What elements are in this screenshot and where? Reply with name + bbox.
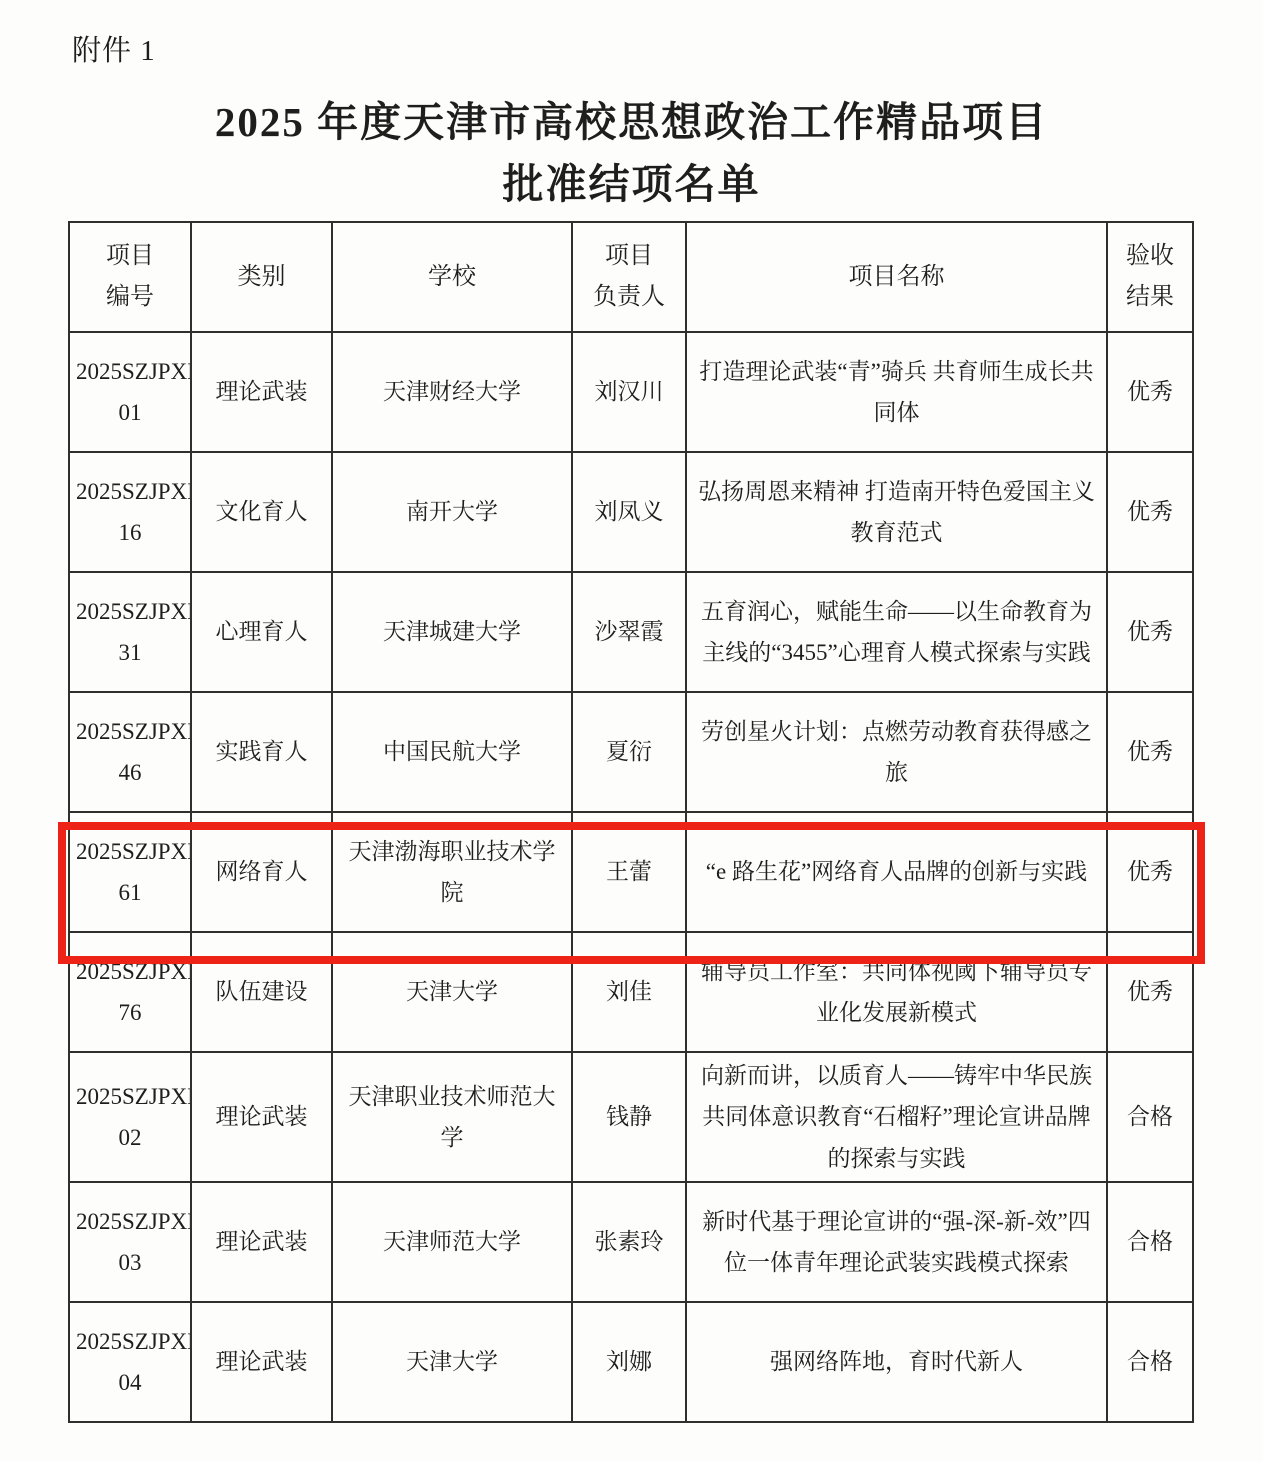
cell-leader: 沙翠霞 <box>572 572 686 692</box>
cell-project-name: 打造理论武装“青”骑兵 共育师生成长共同体 <box>686 332 1107 452</box>
cell-school: 天津城建大学 <box>332 572 572 692</box>
cell-category: 网络育人 <box>191 812 332 932</box>
cell-leader: 夏衍 <box>572 692 686 812</box>
cell-project-id: 2025SZJPXM 03 <box>69 1182 191 1302</box>
cell-project-name: 向新而讲，以质育人——铸牢中华民族共同体意识教育“石榴籽”理论宣讲品牌的探索与实… <box>686 1052 1107 1182</box>
cell-school: 天津职业技术师范大学 <box>332 1052 572 1182</box>
table-row: 2025SZJPXM 31 心理育人 天津城建大学 沙翠霞 五育润心，赋能生命—… <box>69 572 1193 692</box>
cell-school: 南开大学 <box>332 452 572 572</box>
cell-school: 天津财经大学 <box>332 332 572 452</box>
cell-leader: 刘佳 <box>572 932 686 1052</box>
cell-category: 心理育人 <box>191 572 332 692</box>
cell-result: 合格 <box>1107 1302 1193 1422</box>
cell-result: 合格 <box>1107 1182 1193 1302</box>
cell-project-name: 劳创星火计划：点燃劳动教育获得感之旅 <box>686 692 1107 812</box>
table-row: 2025SZJPXM 02 理论武装 天津职业技术师范大学 钱静 向新而讲，以质… <box>69 1052 1193 1182</box>
cell-result: 优秀 <box>1107 572 1193 692</box>
cell-category: 实践育人 <box>191 692 332 812</box>
cell-leader: 张素玲 <box>572 1182 686 1302</box>
cell-project-name: 强网络阵地，育时代新人 <box>686 1302 1107 1422</box>
cell-project-id: 2025SZJPXM 04 <box>69 1302 191 1422</box>
cell-category: 理论武装 <box>191 1052 332 1182</box>
cell-project-id: 2025SZJPXM 02 <box>69 1052 191 1182</box>
cell-project-id: 2025SZJPXM 16 <box>69 452 191 572</box>
cell-project-id: 2025SZJPXM 61 <box>69 812 191 932</box>
table-row: 2025SZJPXM 46 实践育人 中国民航大学 夏衍 劳创星火计划：点燃劳动… <box>69 692 1193 812</box>
cell-leader: 王蕾 <box>572 812 686 932</box>
cell-project-name: 辅导员工作室：共同体视阈下辅导员专业化发展新模式 <box>686 932 1107 1052</box>
cell-leader: 刘凤义 <box>572 452 686 572</box>
cell-school: 天津大学 <box>332 932 572 1052</box>
table-row: 2025SZJPXM 03 理论武装 天津师范大学 张素玲 新时代基于理论宣讲的… <box>69 1182 1193 1302</box>
cell-project-id: 2025SZJPXM 31 <box>69 572 191 692</box>
cell-result: 优秀 <box>1107 812 1193 932</box>
cell-school: 中国民航大学 <box>332 692 572 812</box>
document-title-line2: 批准结项名单 <box>0 154 1263 216</box>
cell-school: 天津大学 <box>332 1302 572 1422</box>
project-results-table: 项目 编号 类别 学校 项目 负责人 项目名称 验收 结果 2025SZJPXM… <box>68 221 1194 1423</box>
cell-leader: 刘娜 <box>572 1302 686 1422</box>
cell-project-name: 五育润心，赋能生命——以生命教育为主线的“3455”心理育人模式探索与实践 <box>686 572 1107 692</box>
cell-project-id: 2025SZJPXM 46 <box>69 692 191 812</box>
attachment-label: 附件 1 <box>72 28 156 69</box>
cell-category: 理论武装 <box>191 1182 332 1302</box>
cell-result: 优秀 <box>1107 692 1193 812</box>
cell-category: 文化育人 <box>191 452 332 572</box>
cell-leader: 刘汉川 <box>572 332 686 452</box>
table-row: 2025SZJPXM 16 文化育人 南开大学 刘凤义 弘扬周恩来精神 打造南开… <box>69 452 1193 572</box>
table-row: 2025SZJPXM 01 理论武装 天津财经大学 刘汉川 打造理论武装“青”骑… <box>69 332 1193 452</box>
cell-project-name: 弘扬周恩来精神 打造南开特色爱国主义教育范式 <box>686 452 1107 572</box>
cell-category: 队伍建设 <box>191 932 332 1052</box>
cell-result: 优秀 <box>1107 332 1193 452</box>
cell-school: 天津渤海职业技术学院 <box>332 812 572 932</box>
document-title: 2025 年度天津市高校思想政治工作精品项目 批准结项名单 <box>0 92 1263 215</box>
table-row-highlighted: 2025SZJPXM 61 网络育人 天津渤海职业技术学院 王蕾 “e 路生花”… <box>69 812 1193 932</box>
cell-leader: 钱静 <box>572 1052 686 1182</box>
cell-result: 优秀 <box>1107 452 1193 572</box>
cell-result: 合格 <box>1107 1052 1193 1182</box>
cell-category: 理论武装 <box>191 332 332 452</box>
header-project-name: 项目名称 <box>686 222 1107 332</box>
header-leader: 项目 负责人 <box>572 222 686 332</box>
cell-project-id: 2025SZJPXM 01 <box>69 332 191 452</box>
document-title-line1: 2025 年度天津市高校思想政治工作精品项目 <box>0 92 1263 154</box>
cell-project-id: 2025SZJPXM 76 <box>69 932 191 1052</box>
table-row: 2025SZJPXM 04 理论武装 天津大学 刘娜 强网络阵地，育时代新人 合… <box>69 1302 1193 1422</box>
header-result: 验收 结果 <box>1107 222 1193 332</box>
table-row: 2025SZJPXM 76 队伍建设 天津大学 刘佳 辅导员工作室：共同体视阈下… <box>69 932 1193 1052</box>
cell-category: 理论武装 <box>191 1302 332 1422</box>
cell-school: 天津师范大学 <box>332 1182 572 1302</box>
cell-project-name: 新时代基于理论宣讲的“强-深-新-效”四位一体青年理论武装实践模式探索 <box>686 1182 1107 1302</box>
cell-project-name: “e 路生花”网络育人品牌的创新与实践 <box>686 812 1107 932</box>
table-header-row: 项目 编号 类别 学校 项目 负责人 项目名称 验收 结果 <box>69 222 1193 332</box>
cell-result: 优秀 <box>1107 932 1193 1052</box>
header-project-id: 项目 编号 <box>69 222 191 332</box>
header-category: 类别 <box>191 222 332 332</box>
header-school: 学校 <box>332 222 572 332</box>
